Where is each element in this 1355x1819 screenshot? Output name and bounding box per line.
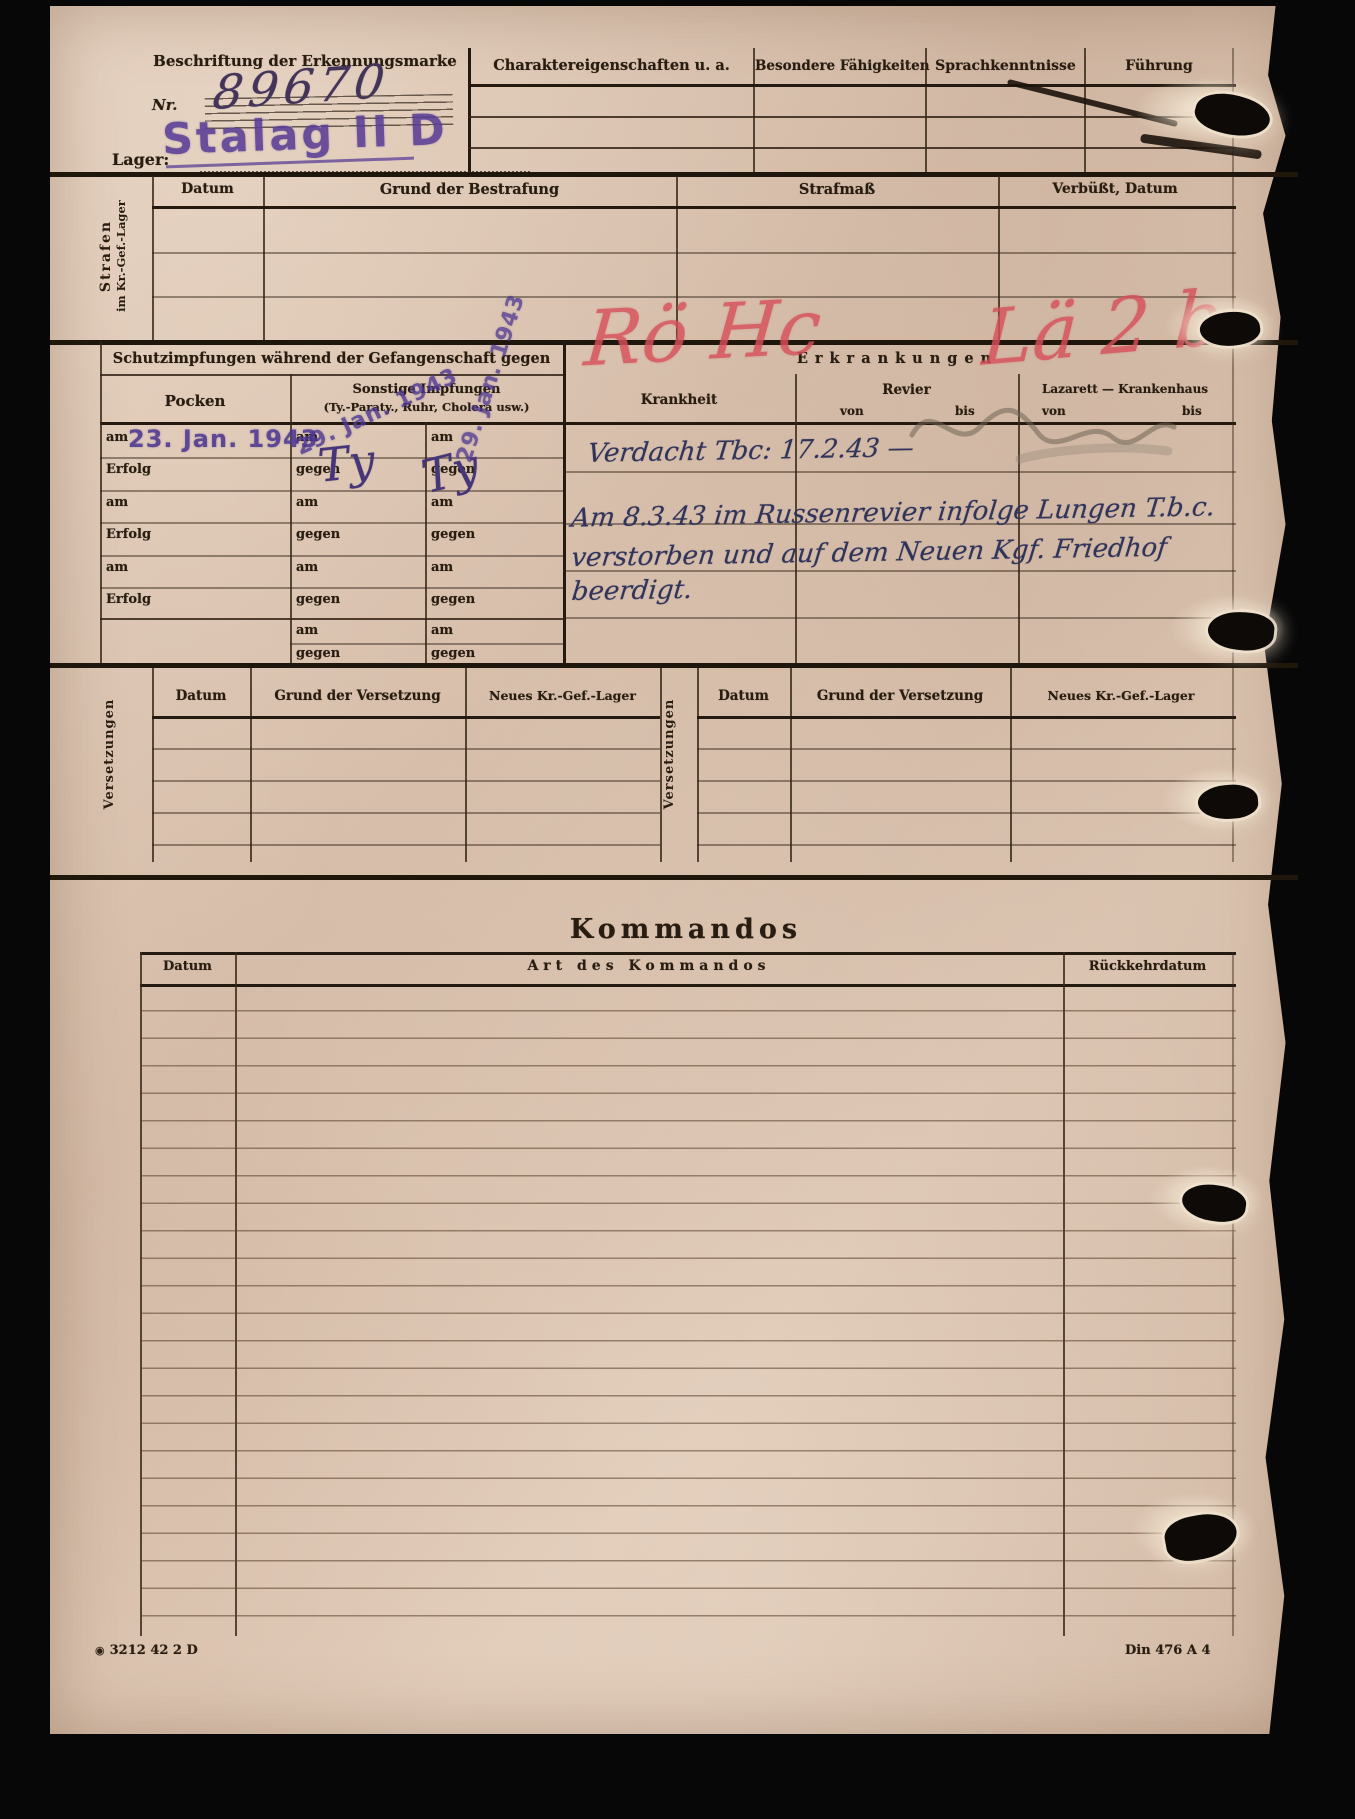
handwritten-vaccine-type: Ty — [315, 433, 377, 493]
illness-note-verdacht: Verdacht Tbc: 17.2.43 — — [586, 433, 915, 469]
row-line — [152, 252, 1236, 254]
row-label-am: am — [431, 623, 453, 638]
row-line — [152, 780, 660, 782]
strafen-col-strafmass: Strafmaß — [676, 181, 998, 198]
lager-dotted-line — [200, 155, 530, 173]
red-medical-mark: Rö Hc — [581, 282, 824, 384]
strafen-col-datum: Datum — [152, 181, 263, 197]
row-label-gegen: gegen — [431, 527, 475, 542]
section-divider — [50, 663, 1298, 668]
row-line — [290, 643, 563, 645]
versetzungen-col-neues: Neues Kr.-Gef.-Lager — [465, 688, 660, 703]
kommandos-title: Kommandos — [140, 914, 1232, 945]
divider — [753, 48, 755, 172]
versetzungen-side-label: Versetzungen — [102, 684, 122, 824]
divider — [468, 116, 1236, 118]
lager-label: Lager: — [112, 150, 169, 169]
row-label-am: am — [296, 495, 318, 510]
divider — [152, 176, 154, 340]
divider — [152, 716, 660, 719]
divider — [925, 48, 927, 172]
divider — [1084, 48, 1086, 172]
impfungen-col-pocken: Pocken — [100, 392, 290, 410]
strafen-col-verbuesst: Verbüßt, Datum — [998, 181, 1232, 197]
form-code: ◉3212 42 2 D — [95, 1643, 198, 1658]
nr-label: Nr. — [152, 96, 177, 114]
row-label-am: am — [106, 560, 128, 575]
divider — [563, 341, 566, 663]
row-label-am: am — [296, 623, 318, 638]
row-line — [100, 555, 563, 557]
row-line — [697, 844, 1236, 846]
form-code-text: 3212 42 2 D — [110, 1643, 198, 1658]
row-line — [152, 748, 660, 750]
row-line — [100, 522, 563, 524]
kommandos-col-datum: Datum — [140, 959, 235, 974]
printer-emblem-icon: ◉ — [95, 1644, 105, 1657]
divider — [660, 668, 662, 862]
row-label-erfolg: Erfolg — [106, 527, 151, 542]
col-header-sprachen: Sprachkenntnisse — [927, 58, 1084, 74]
row-label-erfolg: Erfolg — [106, 462, 151, 477]
row-label-gegen: gegen — [296, 592, 340, 607]
row-label-am: am — [106, 430, 128, 445]
row-line — [697, 748, 1236, 750]
versetzungen-side-label: Versetzungen — [662, 684, 682, 824]
row-line — [697, 812, 1236, 814]
row-label-am: am — [431, 560, 453, 575]
divider — [100, 341, 102, 663]
versetzungen-col-datum: Datum — [152, 688, 250, 704]
divider — [468, 48, 471, 172]
versetzungen-col-grund: Grund der Versetzung — [250, 688, 465, 704]
row-line — [152, 812, 660, 814]
strafen-side-label: Strafen im Kr.-Gef.-Lager — [98, 181, 142, 331]
kommandos-col-art: Art des Kommandos — [235, 958, 1063, 974]
versetzungen-col-neues: Neues Kr.-Gef.-Lager — [1010, 688, 1232, 703]
pencil-scribble — [900, 385, 1190, 480]
divider — [263, 176, 265, 340]
row-line — [100, 587, 563, 589]
col-header-charakter: Charaktereigenschaften u. a. — [470, 57, 753, 74]
divider — [1232, 668, 1234, 862]
section-divider — [50, 172, 1298, 177]
death-note-line3: beerdigt. — [570, 575, 694, 607]
row-label-am: am — [106, 495, 128, 510]
kommandos-col-rueckkehr: Rückkehrdatum — [1063, 959, 1232, 974]
col-header-fuehrung: Führung — [1086, 58, 1232, 74]
kommandos-empty-rows — [140, 984, 1236, 1636]
row-line — [563, 617, 1236, 619]
row-label-am: am — [296, 560, 318, 575]
divider — [152, 206, 1236, 209]
row-line — [100, 618, 563, 620]
row-label-erfolg: Erfolg — [106, 592, 151, 607]
divider — [468, 147, 1236, 149]
row-label-gegen: gegen — [296, 527, 340, 542]
row-line — [697, 780, 1236, 782]
versetzungen-col-datum: Datum — [697, 688, 790, 704]
row-label-gegen: gegen — [296, 646, 340, 661]
versetzungen-col-grund: Grund der Versetzung — [790, 688, 1010, 704]
strafen-col-grund: Grund der Bestrafung — [263, 181, 676, 198]
section-divider — [50, 875, 1298, 880]
divider — [468, 84, 1236, 87]
row-label-gegen: gegen — [431, 646, 475, 661]
strafen-side-label-line2: im Kr.-Gef.-Lager — [114, 181, 128, 331]
row-label-gegen: gegen — [431, 592, 475, 607]
vaccination-date-stamp: 23. Jan. 1943 — [128, 425, 318, 453]
row-line — [152, 844, 660, 846]
scanned-pow-record-card: Beschriftung der Erkennungsmarke Charakt… — [0, 0, 1355, 1819]
divider — [140, 952, 1236, 955]
din-format-code: Din 476 A 4 — [1125, 1643, 1211, 1658]
erkrankungen-col-krankheit: Krankheit — [563, 392, 795, 408]
divider — [697, 716, 1236, 719]
revier-von-label: von — [840, 404, 864, 418]
strafen-side-label-line1: Strafen — [98, 181, 114, 331]
col-header-faehigkeiten: Besondere Fähigkeiten — [755, 58, 925, 74]
